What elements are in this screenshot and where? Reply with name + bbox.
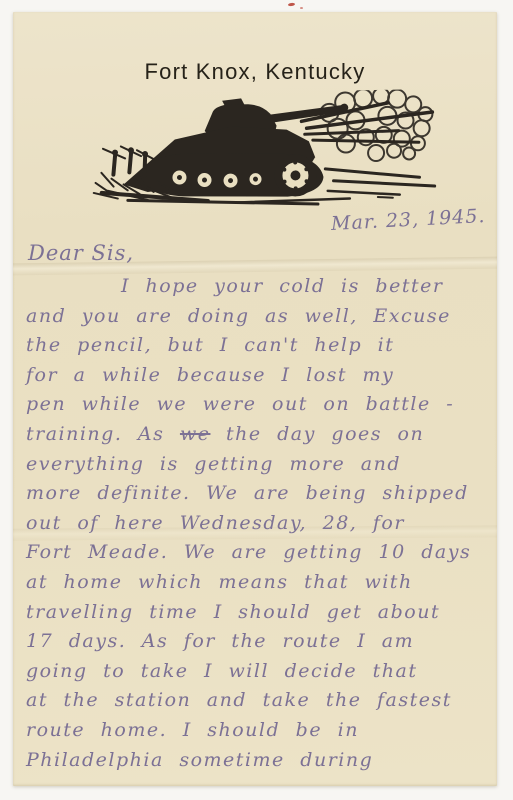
line-text: and you are doing as well, Excuse — [26, 305, 451, 327]
letter-line: for a while because I lost my — [26, 361, 492, 391]
letter-line: going to take I will decide that — [26, 657, 492, 687]
letter-line: more definite. We are being shipped — [26, 479, 492, 509]
line-text: I hope your cold is better — [121, 275, 443, 297]
line-text: training. As — [26, 423, 180, 445]
red-ink-mark — [300, 7, 303, 9]
letter-line: out of here Wednesday, 28, for — [26, 509, 492, 539]
red-ink-mark — [288, 3, 295, 7]
letter-date: Mar. 23, 1945. — [331, 205, 486, 235]
letter-body: I hope your cold is betterand you are do… — [26, 272, 492, 775]
line-text: going to take I will decide that — [26, 660, 417, 682]
letter-line: I hope your cold is better — [26, 272, 492, 302]
line-text: pen while we were out on battle - — [26, 393, 454, 415]
letter-line: Fort Meade. We are getting 10 days — [26, 538, 492, 568]
line-text: 17 days. As for the route I am — [26, 630, 414, 652]
letter-line: training. As we the day goes on — [26, 420, 492, 450]
line-text: route home. I should be in — [26, 719, 359, 741]
line-text: the pencil, but I can't help it — [26, 334, 394, 356]
line-text: at the station and take the fastest — [26, 689, 452, 711]
tank-firing-icon — [86, 89, 440, 211]
letter-line: the pencil, but I can't help it — [26, 331, 492, 361]
letter-salutation: Dear Sis, — [28, 241, 134, 265]
line-text: everything is getting more and — [26, 453, 401, 475]
line-text: more definite. We are being shipped — [26, 482, 469, 504]
line-text: the day goes on — [210, 423, 424, 445]
letter-line: 17 days. As for the route I am — [26, 627, 492, 657]
line-text: Fort Meade. We are getting 10 days — [26, 541, 471, 563]
letter-line: at home which means that with — [26, 568, 492, 598]
line-text: for a while because I lost my — [26, 364, 394, 386]
letter-line: route home. I should be in — [26, 716, 492, 746]
struck-word: we — [180, 423, 211, 445]
letterhead-title: Fort Knox, Kentucky — [13, 59, 497, 85]
tank-illustration — [86, 89, 440, 211]
letter-line: travelling time I should get about — [26, 598, 492, 628]
letter-line: everything is getting more and — [26, 450, 492, 480]
line-text: Philadelphia sometime during — [26, 749, 373, 771]
letter-line: Philadelphia sometime during — [26, 746, 492, 776]
line-text: at home which means that with — [26, 571, 413, 593]
letter-paper: Fort Knox, Kentucky — [13, 12, 497, 786]
line-text: travelling time I should get about — [26, 601, 440, 623]
letter-line: at the station and take the fastest — [26, 686, 492, 716]
letter-line: pen while we were out on battle - — [26, 390, 492, 420]
scanned-letter-page: Fort Knox, Kentucky — [0, 0, 513, 800]
letter-line: and you are doing as well, Excuse — [26, 302, 492, 332]
line-text: out of here Wednesday, 28, for — [26, 512, 405, 534]
